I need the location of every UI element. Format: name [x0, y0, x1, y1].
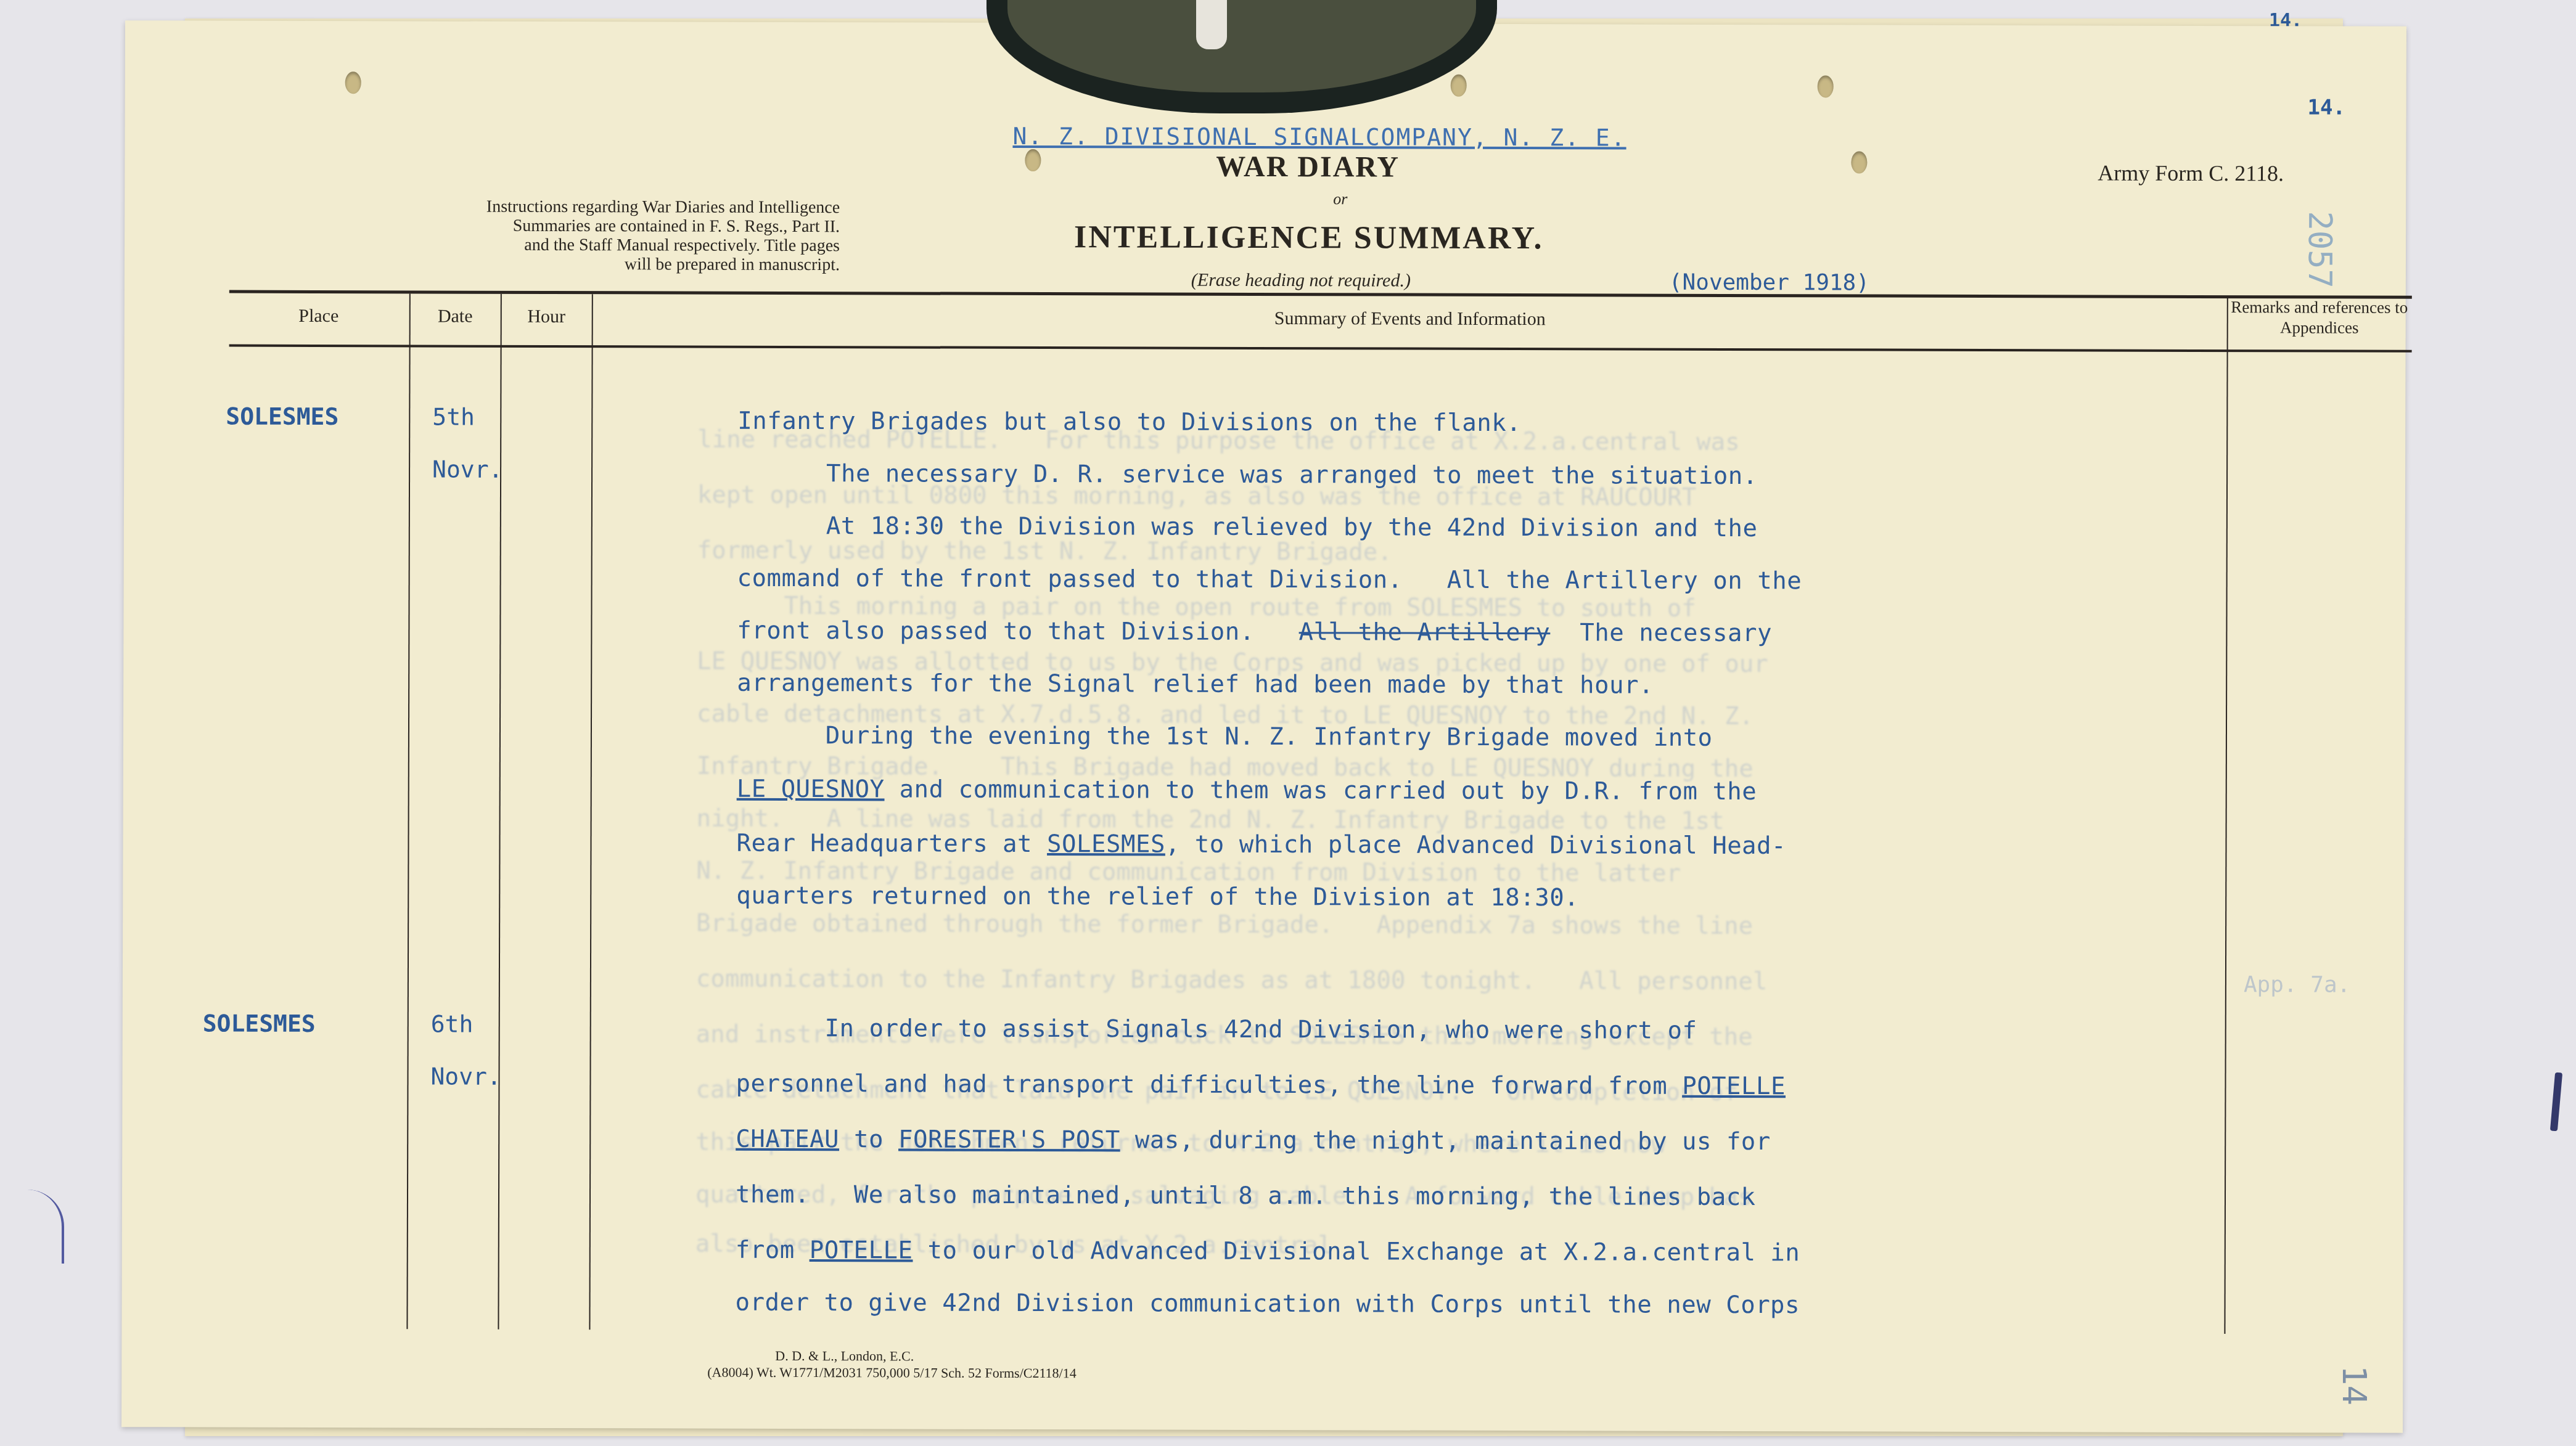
summary-text: , to which place Advanced Divisional Hea… — [1165, 831, 1786, 860]
title-or: or — [1333, 190, 1347, 208]
instructions-line: and the Staff Manual respectively. Title… — [285, 235, 840, 255]
summary-line: The necessary D. R. service was arranged… — [737, 460, 1758, 490]
summary-text: from — [736, 1236, 810, 1264]
summary-text: Rear Headquarters at — [736, 830, 1047, 858]
punch-hole — [1851, 151, 1867, 173]
summary-line: During the evening the 1st N. Z. Infantr… — [737, 722, 1713, 752]
pen-mark — [0, 1190, 64, 1264]
struck-out-text: All the Artillery — [1299, 618, 1551, 647]
header-place: Place — [229, 306, 408, 327]
summary-text: front also passed to that Division. — [737, 617, 1298, 646]
folio-number-bottom: 14 — [2335, 1365, 2374, 1405]
show-through-text: Brigade obtained through the former Brig… — [696, 910, 1753, 940]
appendix-reference: App. 7a. — [2244, 972, 2350, 997]
summary-line: quarters returned on the relief of the D… — [736, 882, 1579, 912]
place-name-underlined: FORESTER'S POST — [898, 1125, 1120, 1154]
summary-line: LE QUESNOY and communication to them was… — [737, 775, 1757, 806]
place-name-underlined: POTELLE — [1682, 1072, 1786, 1100]
army-form-number: Army Form C. 2118. — [2098, 160, 2284, 187]
summary-line: command of the front passed to that Divi… — [737, 565, 1802, 595]
punch-hole — [1818, 75, 1834, 97]
table-header-rule — [229, 345, 2412, 353]
place-name-underlined: POTELLE — [810, 1236, 913, 1264]
summary-line: Rear Headquarters at SOLESMES, to which … — [736, 830, 1786, 860]
tag-string — [1196, 0, 1227, 49]
instructions-line: Summaries are contained in F. S. Regs., … — [285, 216, 840, 236]
summary-line: CHATEAU to FORESTER'S POST was, during t… — [736, 1125, 1771, 1156]
summary-text: to our old Advanced Divisional Exchange … — [913, 1237, 1800, 1267]
header-date: Date — [411, 306, 500, 327]
column-divider — [589, 294, 593, 1330]
entry-date-month: Novr. — [432, 455, 503, 483]
entry-place: SOLESMES — [226, 403, 338, 430]
summary-line: from POTELLE to our old Advanced Divisio… — [736, 1236, 1800, 1267]
header-remarks: Remarks and references to Appendices — [2230, 297, 2409, 338]
summary-line: At 18:30 the Division was relieved by th… — [737, 512, 1758, 542]
show-through-text: communication to the Infantry Brigades a… — [696, 965, 1768, 996]
title-intelligence-summary: INTELLIGENCE SUMMARY. — [1074, 219, 1544, 256]
summary-text: and communication to them was carried ou… — [884, 775, 1757, 806]
place-name-underlined: CHATEAU — [736, 1125, 839, 1153]
entry-date-month: Novr. — [430, 1063, 501, 1090]
summary-line: personnel and had transport difficulties… — [736, 1070, 1786, 1100]
printer-imprint: D. D. & L., London, E.C. (A8004) Wt. W17… — [707, 1347, 1077, 1382]
imprint-line: (A8004) Wt. W1771/M2031 750,000 5/17 Sch… — [707, 1364, 1077, 1382]
punch-hole — [345, 71, 361, 94]
war-diary-page: N. Z. DIVISIONAL SIGNALCOMPANY, N. Z. E.… — [121, 20, 2406, 1433]
instructions-line: Instructions regarding War Diaries and I… — [285, 197, 840, 217]
column-divider — [498, 294, 501, 1330]
instructions-line: will be prepared in manuscript. — [285, 254, 840, 274]
punch-hole — [1025, 149, 1041, 171]
archive-stamp: 2057 — [2301, 211, 2338, 288]
place-name-underlined: LE QUESNOY — [737, 775, 885, 804]
erase-note: (Erase heading not required.) — [1191, 270, 1411, 292]
column-divider — [406, 293, 410, 1329]
summary-text: The necessary — [1550, 619, 1772, 647]
header-hour: Hour — [502, 306, 591, 327]
summary-line: them. We also maintained, until 8 a.m. t… — [736, 1181, 1756, 1211]
title-war-diary: WAR DIARY — [1216, 150, 1400, 184]
summary-line: Infantry Brigades but also to Divisions … — [737, 407, 1521, 437]
table-top-rule — [229, 290, 2412, 299]
summary-line: In order to assist Signals 42nd Division… — [736, 1015, 1697, 1045]
header-summary: Summary of Events and Information — [593, 306, 2227, 332]
summary-line: arrangements for the Signal relief had b… — [737, 669, 1654, 700]
column-divider — [2224, 298, 2228, 1334]
entry-date-day: 6th — [431, 1010, 474, 1037]
summary-text: to — [839, 1125, 898, 1153]
summary-text: personnel and had transport difficulties… — [736, 1070, 1682, 1100]
punch-hole — [1451, 75, 1467, 97]
pen-mark — [2550, 1072, 2562, 1132]
summary-line: order to give 42nd Division communicatio… — [735, 1289, 1800, 1320]
period-stamp: (November 1918) — [1669, 270, 1869, 296]
folio-number-top: 14. — [2308, 95, 2346, 120]
summary-line: front also passed to that Division. All … — [737, 617, 1772, 647]
place-name-underlined: SOLESMES — [1047, 830, 1165, 859]
summary-text: was, during the night, maintained by us … — [1120, 1126, 1771, 1156]
unit-stamp: N. Z. DIVISIONAL SIGNALCOMPANY, N. Z. E. — [1012, 123, 1626, 152]
instructions-note: Instructions regarding War Diaries and I… — [285, 197, 840, 274]
entry-place: SOLESMES — [203, 1010, 316, 1037]
imprint-line: D. D. & L., London, E.C. — [707, 1347, 1077, 1365]
entry-date-day: 5th — [432, 403, 475, 430]
